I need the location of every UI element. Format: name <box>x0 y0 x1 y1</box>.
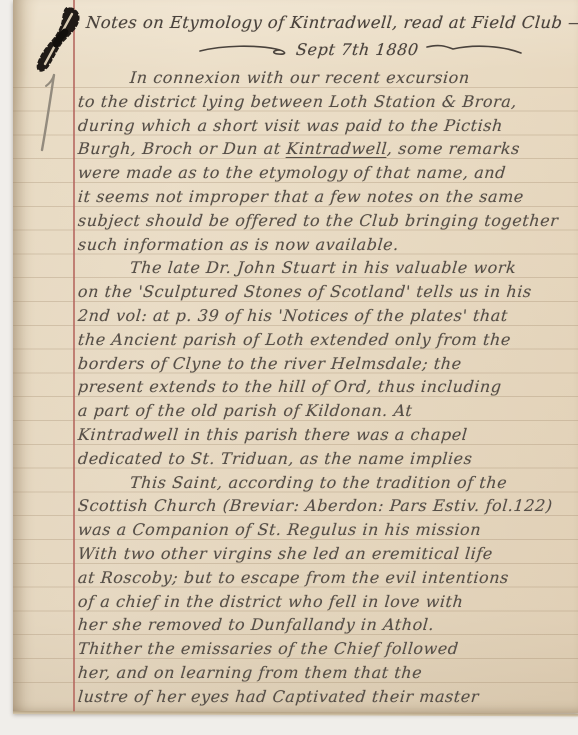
manuscript-line: In connexion with our recent excursion <box>77 66 578 90</box>
manuscript-line: subject should be offered to the Club br… <box>77 209 578 233</box>
manuscript-line: Thither the emissaries of the Chief foll… <box>77 637 578 661</box>
manuscript-line: during which a short visit was paid to t… <box>77 114 578 138</box>
manuscript-line: of a chief in the district who fell in l… <box>77 590 578 614</box>
manuscript-line: lustre of her eyes had Captivated their … <box>77 685 578 709</box>
document-date: Sept 7th 1880 <box>295 37 420 63</box>
manuscript-line: This Saint, according to the tradition o… <box>77 471 578 495</box>
red-margin-line <box>73 0 75 713</box>
manuscript-line: her she removed to Dunfallandy in Athol. <box>77 613 578 637</box>
manuscript-line: her, and on learning from them that the <box>77 661 578 685</box>
manuscript-line: on the 'Sculptured Stones of Scotland' t… <box>77 280 578 304</box>
manuscript-line: a part of the old parish of Kildonan. At <box>77 399 578 423</box>
scanned-manuscript-page: Notes on Etymology of Kintradwell, read … <box>0 0 578 735</box>
underlined-word: Kintradwell <box>286 139 388 158</box>
manuscript-line: Kintradwell in this parish there was a c… <box>77 423 578 447</box>
manuscript-line: it seems not improper that a few notes o… <box>77 185 578 209</box>
manuscript-line: With two other virgins she led an eremit… <box>77 542 578 566</box>
manuscript-lines: In connexion with our recent excursionto… <box>78 66 578 709</box>
manuscript-line: the Ancient parish of Loth extended only… <box>77 328 578 352</box>
manuscript-line: present extends to the hill of Ord, thus… <box>77 375 578 399</box>
manuscript-line: at Roscoby; but to escape from the evil … <box>77 566 578 590</box>
manuscript-text: Notes on Etymology of Kintradwell, read … <box>78 10 578 709</box>
document-title: Notes on Etymology of Kintradwell, read … <box>77 10 578 36</box>
manuscript-line: 2nd vol: at p. 39 of his 'Notices of the… <box>77 304 578 328</box>
manuscript-line: such information as is now available. <box>77 233 578 257</box>
pencil-page-number <box>37 72 61 156</box>
manuscript-line: were made as to the etymology of that na… <box>77 161 578 185</box>
flourish-right-icon <box>425 41 525 59</box>
manuscript-line: was a Companion of St. Regulus in his mi… <box>77 518 578 542</box>
manuscript-line: borders of Clyne to the river Helmsdale;… <box>77 352 578 376</box>
manuscript-line: Burgh, Broch or Dun at Kintradwell, some… <box>77 137 578 161</box>
manuscript-line: Scottish Church (Breviar: Aberdon: Pars … <box>77 494 578 518</box>
flourish-left-icon <box>198 42 290 58</box>
document-date-line: Sept 7th 1880 <box>78 36 578 64</box>
manuscript-line: to the district lying between Loth Stati… <box>77 90 578 114</box>
manuscript-line: dedicated to St. Triduan, as the name im… <box>77 447 578 471</box>
manuscript-line: The late Dr. John Stuart in his valuable… <box>77 256 578 280</box>
manuscript-paper: Notes on Etymology of Kintradwell, read … <box>13 0 578 713</box>
